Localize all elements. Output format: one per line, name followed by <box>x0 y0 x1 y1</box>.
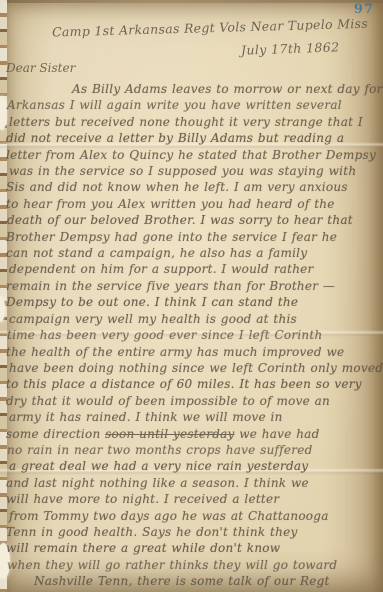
letter-line: have been doing nothing since we left Co… <box>9 360 373 376</box>
letter-line: Brother Dempsy had gone into the service… <box>6 229 373 245</box>
letter-line: some direction soon until yesterday we h… <box>6 426 373 442</box>
letter-line: no rain in near two months crops have su… <box>7 442 373 458</box>
letter-line: letters but received none thought it ver… <box>9 114 373 130</box>
letter-line: army it has rained. I think we will move… <box>9 409 373 425</box>
letter-heading-date: July 17th 1862 <box>240 39 339 57</box>
letter-line: a great deal we had a very nice rain yes… <box>9 458 373 474</box>
letter-line: time has been very good ever since I lef… <box>7 327 373 343</box>
letter-line: dependent on him for a support. I would … <box>9 261 373 277</box>
letter-line: to hear from you Alex written you had he… <box>6 196 373 212</box>
letter-line: to this place a distance of 60 miles. It… <box>6 376 373 392</box>
struck-text: soon until yesterday <box>105 427 234 441</box>
letter-line: Tenn in good health. Says he don't think… <box>6 524 373 540</box>
letter-heading-place: Camp 1st Arkansas Regt Vols Near Tupelo … <box>52 15 378 39</box>
letter-line: when they will go rather thinks they wil… <box>7 557 373 573</box>
letter-line: the health of the entire army has much i… <box>6 344 373 360</box>
letter-line: letter from Alex to Quincy he stated tha… <box>6 147 373 163</box>
letter-page: 97 Camp 1st Arkansas Regt Vols Near Tupe… <box>0 0 383 592</box>
letter-line: can not stand a campaign, he also has a … <box>6 245 373 261</box>
letter-body: As Billy Adams leaves to morrow or next … <box>6 81 373 590</box>
letter-line: Nashville Tenn, there is some talk of ou… <box>34 573 373 589</box>
letter-line: and last night nothing like a season. I … <box>6 475 373 491</box>
letter-line: dry that it would of been impossible to … <box>6 393 373 409</box>
letter-line: death of our beloved Brother. I was sorr… <box>7 212 373 228</box>
scan-top-edge <box>0 0 383 3</box>
letter-line: Dempsy to be out one. I think I can stan… <box>6 294 373 310</box>
letter-line: campaign very well my health is good at … <box>9 311 373 327</box>
letter-line: remain in the service five years than fo… <box>6 278 373 294</box>
letter-line: was in the service so I supposed you was… <box>9 163 373 179</box>
letter-line: Arkansas I will again write you have wri… <box>7 97 373 113</box>
letter-line: did not receive a letter by Billy Adams … <box>6 130 373 146</box>
letter-line: will remain there a great while don't kn… <box>6 540 373 556</box>
letter-line: from Tommy two days ago he was at Chatta… <box>9 508 373 524</box>
letter-line: will have more to night. I received a le… <box>6 491 373 507</box>
letter-salutation: Dear Sister <box>6 61 75 75</box>
letter-line: Sis and did not know when he left. I am … <box>6 179 373 195</box>
letter-line: As Billy Adams leaves to morrow or next … <box>6 81 373 97</box>
